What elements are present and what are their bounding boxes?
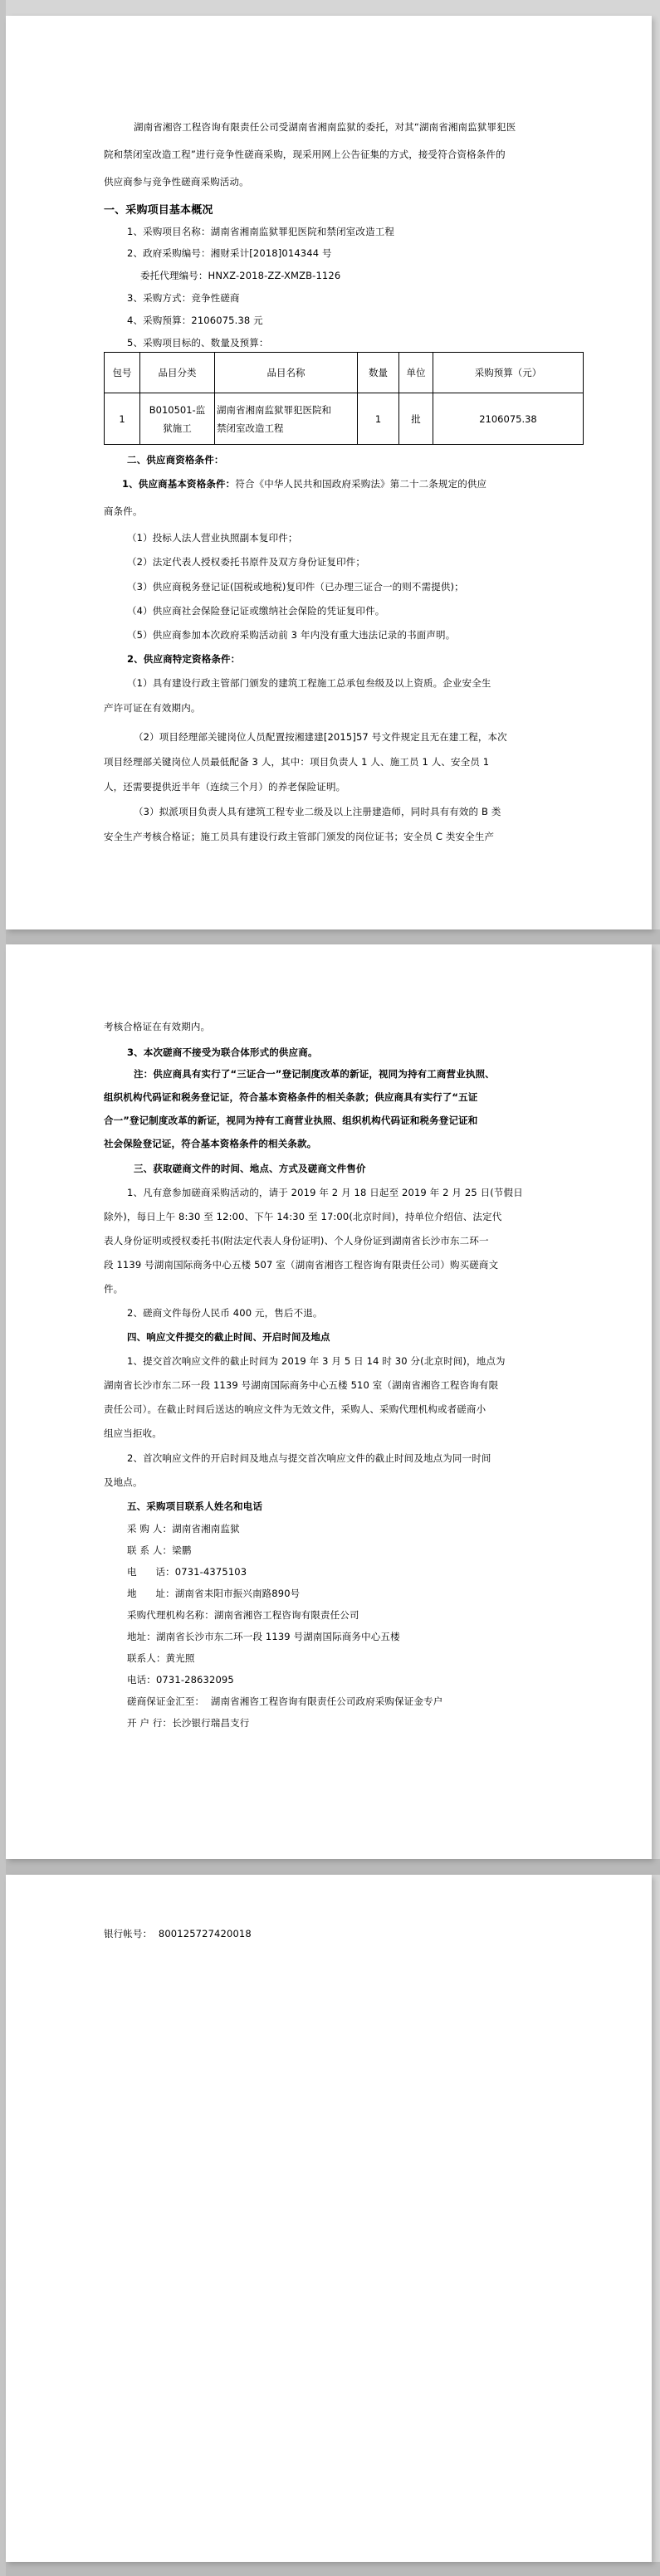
contact-phone: 电 话：0731-4375103 [127, 1566, 247, 1578]
column-header: 品目分类 [140, 353, 215, 393]
basic-qualification-cont: 商条件。 [104, 505, 143, 517]
package-number: 1 [105, 393, 140, 445]
s3-line: 件。 [104, 1283, 123, 1295]
procurement-table: 包号 品目分类 品目名称 数量 单位 采购预算（元） 1 B010501-监 狱… [104, 352, 584, 445]
contact-person: 联 系 人：梁鹏 [127, 1544, 192, 1556]
budget: 2106075.38 [433, 393, 584, 445]
agency-number: 委托代理编号：HNXZ-2018-ZZ-XMZB-1126 [140, 270, 340, 281]
basic-item: （4）供应商社会保险登记证或缴纳社会保险的凭证复印件。 [127, 605, 384, 617]
procurement-budget: 4、采购预算：2106075.38 元 [127, 315, 263, 326]
quantity: 1 [358, 393, 399, 445]
section-heading: 一、采购项目基本概况 [104, 205, 213, 217]
specific-line: 安全生产考核合格证；施工员具有建设行政主管部门颁发的岗位证书；安全员 C 类安全… [104, 831, 494, 842]
unit: 批 [399, 393, 433, 445]
column-header: 单位 [399, 353, 433, 393]
note-line: 社会保险登记证，符合基本资格条件的相关条款。 [104, 1138, 316, 1149]
section-heading: 二、供应商资格条件： [127, 454, 224, 466]
s4-line: 责任公司）。在截止时间后送达的响应文件为无效文件，采购人、采购代理机构或者磋商小 [104, 1403, 486, 1415]
column-header: 数量 [358, 353, 399, 393]
specific-line: 产许可证在有效期内。 [104, 702, 201, 714]
specific-line: （1）具有建设行政主管部门颁发的建筑工程施工总承包叁级及以上资质。企业安全生 [127, 677, 491, 689]
intro-line: 院和禁闭室改造工程”进行竞争性磋商采购，现采用网上公告征集的方式，接受符合资格条… [104, 149, 506, 160]
intro-line: 湖南省湘咨工程咨询有限责任公司受湖南省湘南监狱的委托，对其“湖南省湘南监狱罪犯医 [134, 121, 516, 133]
category-line: 狱施工 [140, 419, 214, 437]
category-line: B010501-监 [140, 401, 214, 419]
note-line: 合一”登记制度改革的新证，视同为持有工商营业执照、组织机构代码证和税务登记证和 [104, 1115, 477, 1126]
column-header: 品目名称 [215, 353, 358, 393]
specific-line: 项目经理部关键岗位人员最低配备 3 人，其中：项目负责人 1 人、施工员 1 人… [104, 756, 489, 768]
contact-purchaser: 采 购 人：湖南省湘南监狱 [127, 1523, 240, 1534]
category-cell: B010501-监 狱施工 [140, 393, 215, 445]
agency-address: 地址：湖南省长沙市东二环一段 1139 号湖南国际商务中心五楼 [127, 1631, 400, 1642]
specific-qualification-heading: 2、供应商特定资格条件： [127, 653, 240, 665]
s4-line: 湖南省长沙市东二环一段 1139 号湖南国际商务中心五楼 510 室（湖南省湘咨… [104, 1379, 498, 1391]
agency-contact: 联系人：黄光照 [127, 1652, 195, 1664]
column-header: 采购预算（元） [433, 353, 584, 393]
basic-item: （2）法定代表人授权委托书原件及双方身份证复印件； [127, 556, 365, 568]
deposit-bank: 开 户 行：长沙银行瑞昌支行 [127, 1717, 249, 1729]
specific-line: 人，还需要提供近半年（连续三个月）的养老保险证明。 [104, 781, 345, 793]
specific-line: （3）拟派项目负责人具有建筑工程专业二级及以上注册建造师，同时具有有效的 B 类 [134, 806, 501, 817]
s4-line: 1、提交首次响应文件的截止时间为 2019 年 3 月 5 日 14 时 30 … [127, 1355, 506, 1367]
s3-line: 表人身份证明或授权委托书(附法定代表人身份证明)、个人身份证到湖南省长沙市东二环… [104, 1235, 489, 1247]
item-name-line: 禁闭室改造工程 [217, 419, 357, 437]
s4-line: 及地点。 [104, 1476, 143, 1488]
agency-name: 采购代理机构名称：湖南省湘咨工程咨询有限责任公司 [127, 1609, 359, 1621]
bank-account-number: 银行帐号： 800125727420018 [104, 1928, 252, 1939]
note-line: 组织机构代码证和税务登记证，符合基本资格条件的相关条款；供应商具有实行了“五证 [104, 1091, 477, 1103]
basic-item: （3）供应商税务登记证(国税或地税)复印件（已办理三证合一的则不需提供)； [127, 581, 464, 593]
s3-line: 1、凡有意参加磋商采购活动的，请于 2019 年 2 月 18 日起至 2019… [127, 1187, 523, 1198]
agency-phone: 电话：0731-28632095 [127, 1674, 234, 1686]
viewer-background [0, 0, 6, 2576]
basic-item: （1）投标人法人营业执照副本复印件； [127, 532, 298, 544]
page-gap [6, 1859, 660, 1875]
basic-qualification-text: 符合《中华人民共和国政府采购法》第二十二条规定的供应 [235, 478, 486, 490]
s4-line: 2、首次响应文件的开启时间及地点与提交首次响应文件的截止时间及地点为同一时间 [127, 1452, 491, 1464]
deposit-account: 磋商保证金汇至： 湖南省湘咨工程咨询有限责任公司政府采购保证金专户 [127, 1695, 442, 1707]
document-page-2: 考核合格证在有效期内。 3、本次磋商不接受为联合体形式的供应商。 注：供应商具有… [6, 944, 652, 1859]
table-row: 1 B010501-监 狱施工 湖南省湘南监狱罪犯医院和 禁闭室改造工程 1 批… [105, 393, 584, 445]
document-price: 2、磋商文件每份人民币 400 元，售后不退。 [127, 1307, 323, 1319]
procurement-number: 2、政府采购编号：湘财采计[2018]014344 号 [127, 247, 332, 259]
column-header: 包号 [105, 353, 140, 393]
table-caption: 5、采购项目标的、数量及预算： [127, 337, 269, 349]
table-header-row: 包号 品目分类 品目名称 数量 单位 采购预算（元） [105, 353, 584, 393]
no-consortium-clause: 3、本次磋商不接受为联合体形式的供应商。 [127, 1046, 318, 1058]
section-heading: 五、采购项目联系人姓名和电话 [127, 1500, 262, 1512]
section-heading: 四、响应文件提交的截止时间、开启时间及地点 [127, 1331, 330, 1343]
s3-line: 除外)，每日上午 8:30 至 12:00、下午 14:30 至 17:00(北… [104, 1211, 501, 1222]
project-name: 1、采购项目名称：湖南省湘南监狱罪犯医院和禁闭室改造工程 [127, 226, 394, 237]
basic-qualification-label: 1、供应商基本资格条件： [122, 478, 235, 490]
document-page-3: 银行帐号： 800125727420018 [6, 1875, 652, 2562]
procurement-method: 3、采购方式：竞争性磋商 [127, 292, 240, 304]
s3-line: 段 1139 号湖南国际商务中心五楼 507 室（湖南省湘咨工程咨询有限责任公司… [104, 1259, 498, 1271]
specific-line: （2）项目经理部关键岗位人员配置按湘建建[2015]57 号文件规定且无在建工程… [134, 731, 507, 743]
item-name-line: 湖南省湘南监狱罪犯医院和 [217, 401, 357, 419]
s4-line: 组应当拒收。 [104, 1427, 162, 1439]
page-gap [6, 2562, 660, 2576]
page-gap [6, 929, 660, 944]
item-name-cell: 湖南省湘南监狱罪犯医院和 禁闭室改造工程 [215, 393, 358, 445]
continued-line: 考核合格证在有效期内。 [104, 1021, 210, 1032]
intro-line: 供应商参与竞争性磋商采购活动。 [104, 176, 249, 188]
section-heading: 三、获取磋商文件的时间、地点、方式及磋商文件售价 [134, 1163, 366, 1174]
contact-address: 地 址：湖南省耒阳市振兴南路890号 [127, 1588, 300, 1599]
basic-qualification: 1、供应商基本资格条件：符合《中华人民共和国政府采购法》第二十二条规定的供应 [122, 478, 486, 490]
document-page-1: 湖南省湘咨工程咨询有限责任公司受湖南省湘南监狱的委托，对其“湖南省湘南监狱罪犯医… [6, 16, 652, 929]
note-line: 注：供应商具有实行了“三证合一”登记制度改革的新证，视同为持有工商营业执照、 [134, 1068, 495, 1080]
basic-item: （5）供应商参加本次政府采购活动前 3 年内没有重大违法记录的书面声明。 [127, 629, 455, 641]
